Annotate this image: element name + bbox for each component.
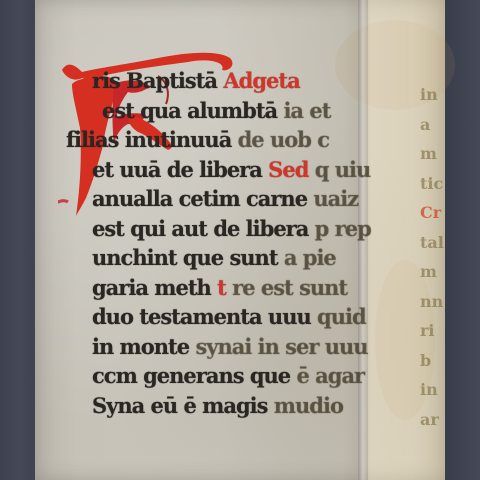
margin-fragment: m <box>420 257 444 287</box>
margin-fragment: m <box>420 139 444 169</box>
faded-text: de uob c <box>238 127 329 152</box>
text-line: duo testamenta uuu quid <box>92 302 392 332</box>
margin-fragment-rubric: Cr <box>420 198 444 228</box>
faded-text: mudio <box>274 393 343 418</box>
margin-fragment: tic <box>420 169 444 199</box>
faded-text: re est sunt <box>232 275 347 300</box>
line-text: anualla cetim carne <box>92 186 307 211</box>
text-line: in monte synai in ser uuu <box>92 332 392 362</box>
line-text: ris Baptistā <box>92 68 217 93</box>
faded-text: ē agar <box>296 363 364 388</box>
text-line: Syna eū ē magis mudio <box>92 391 392 421</box>
text-line: unchint que sunt a pie <box>92 243 392 273</box>
faded-text: uaiz <box>313 186 358 211</box>
margin-fragment: in <box>420 80 444 110</box>
line-text: Syna eū ē magis <box>92 393 267 418</box>
margin-fragment: b <box>420 346 444 376</box>
margin-fragment: a <box>420 110 444 140</box>
margin-fragment: in <box>420 375 444 405</box>
line-text: duo testamenta uuu <box>92 304 311 329</box>
text-line: et uuā de libera Sed q uiu <box>92 155 392 185</box>
faded-text: q uiu <box>315 157 371 182</box>
line-text: est qua alumbtā <box>102 98 277 123</box>
faded-text: quid <box>317 304 366 329</box>
margin-fragment: ri <box>420 316 444 346</box>
text-line: ris Baptistā Adgeta <box>92 66 392 96</box>
text-line: est qua alumbtā ia et <box>92 96 392 126</box>
line-text: unchint que sunt <box>92 245 278 270</box>
text-line: ccm generans que ē agar <box>92 361 392 391</box>
text-line: est qui aut de libera p rep <box>92 214 392 244</box>
margin-fragment: ar <box>420 405 444 435</box>
rubric-text: Adgeta <box>223 68 299 93</box>
right-margin-text: in a m tic Cr tal m nn ri b in ar <box>420 80 444 434</box>
manuscript-text-block: ris Baptistā Adgeta est qua alumbtā ia e… <box>92 66 392 420</box>
margin-fragment: tal <box>420 228 444 258</box>
text-line: garia meth t re est sunt <box>92 273 392 303</box>
rubric-text: Sed <box>268 157 308 182</box>
rubric-text: t <box>217 275 226 300</box>
line-text: et uuā de libera <box>92 157 262 182</box>
line-text: est qui aut de libera <box>92 216 308 241</box>
line-text: in monte <box>92 334 189 359</box>
faded-text: ia et <box>283 98 330 123</box>
margin-fragment: nn <box>420 287 444 317</box>
line-text: garia meth <box>92 275 211 300</box>
text-line: filias inutinuuā de uob c <box>66 125 392 155</box>
faded-text: a pie <box>284 245 336 270</box>
faded-text: p rep <box>315 216 371 241</box>
text-line: anualla cetim carne uaiz <box>92 184 392 214</box>
line-text: ccm generans que <box>92 363 290 388</box>
faded-text: synai in ser uuu <box>195 334 367 359</box>
line-text: filias inutinuuā <box>66 127 231 152</box>
